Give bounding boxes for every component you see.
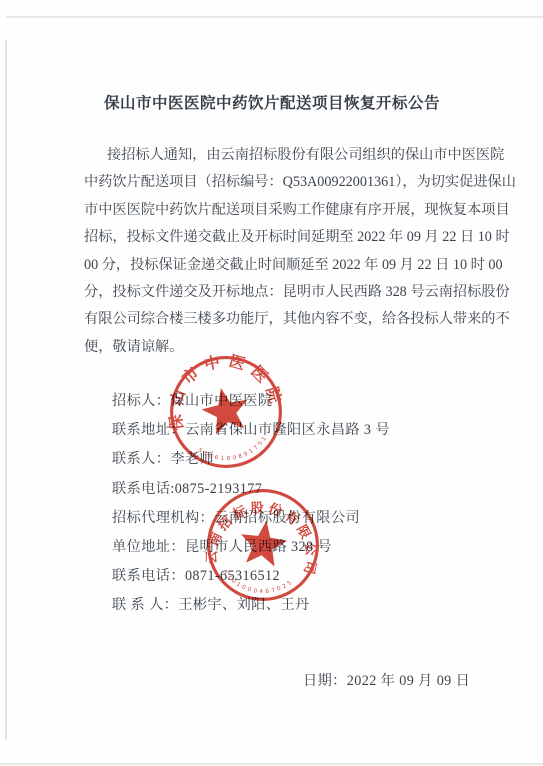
seal-star-icon [237, 517, 290, 568]
scan-artifact-bottom-line [0, 763, 543, 765]
official-seal-baoshan-hospital: 保山市中医医院 5306100891751 [167, 353, 285, 471]
announcement-paragraph: 接招标人通知，由云南招标股份有限公司组织的保山市中医医院 中药饮片配送项目（招标… [84, 142, 462, 361]
official-seal-yunnan-tendering: 云南招标股份有限公司 5301000467025 [204, 486, 322, 604]
scan-artifact-top-line [6, 16, 543, 18]
seal-star-icon [198, 383, 253, 436]
paragraph-line: 中药饮片配送项目（招标编号：Q53A00922001361），为切实促进保山 [84, 169, 462, 196]
paragraph-line: 分，投标文件递交及开标地点：昆明市人民西路 328 号云南招标股份 [84, 279, 462, 306]
paragraph-line: 招标，投标文件递交截止及开标时间延期至 2022 年 09 月 22 日 10 … [84, 224, 462, 251]
paragraph-line: 00 分，投标保证金递交截止时间顺延至 2022 年 09 月 22 日 10 … [84, 252, 462, 279]
scanned-announcement-page: 保山市中医医院中药饮片配送项目恢复开标公告 接招标人通知，由云南招标股份有限公司… [0, 0, 543, 766]
scan-artifact-left-line [5, 40, 7, 740]
paragraph-line: 接招标人通知，由云南招标股份有限公司组织的保山市中医医院 [84, 142, 462, 169]
document-title: 保山市中医医院中药饮片配送项目恢复开标公告 [70, 91, 474, 113]
paragraph-line: 有限公司综合楼三楼多功能厅，其他内容不变，给各投标人带来的不 [84, 306, 462, 333]
date-line: 日期：2022 年 09 月 09 日 [303, 670, 470, 690]
paragraph-line: 市中医医院中药饮片配送项目采购工作健康有序开展，现恢复本项目 [84, 197, 462, 224]
